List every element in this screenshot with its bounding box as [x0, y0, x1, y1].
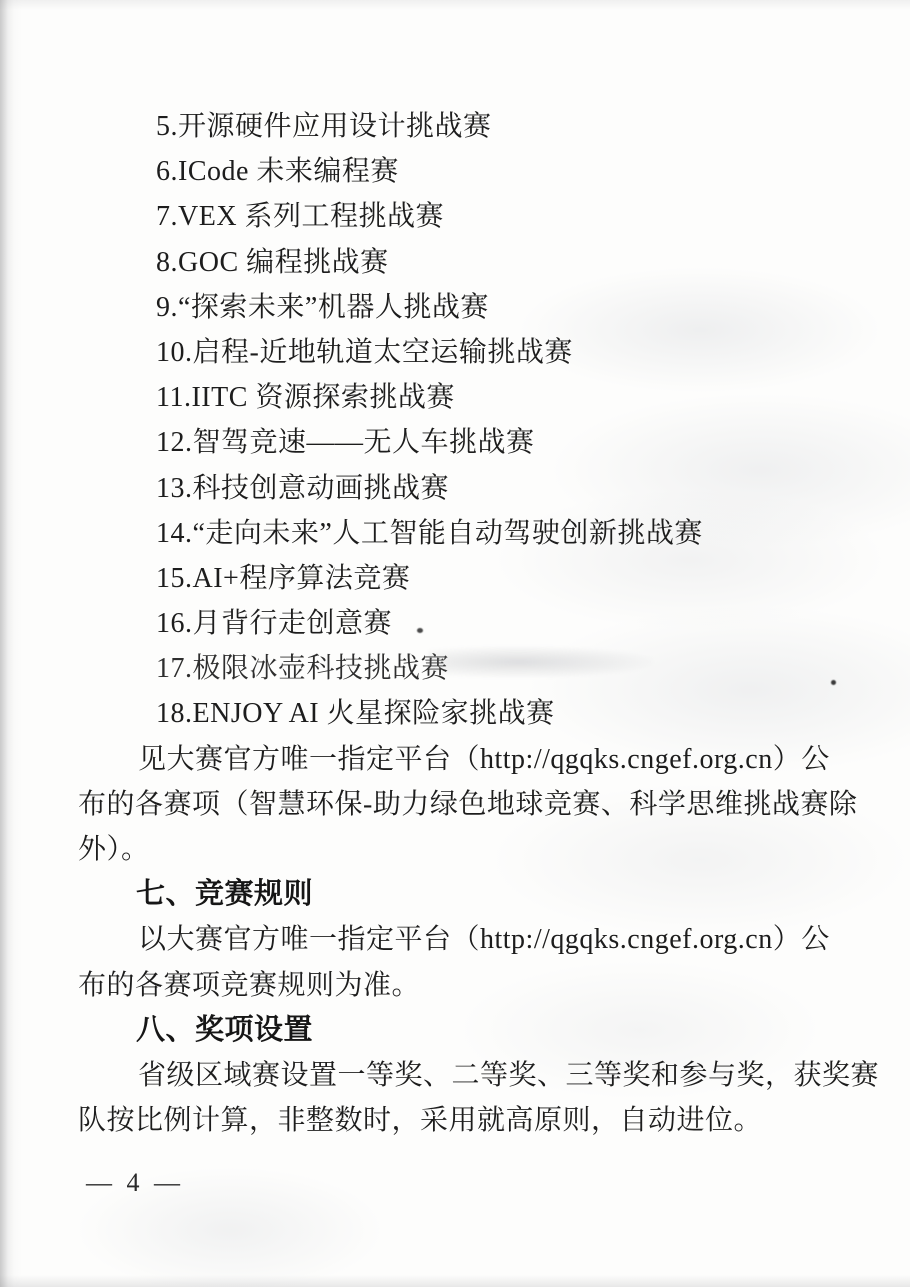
section-heading-awards: 八、奖项设置 [78, 1008, 880, 1053]
list-item: 16.月背行走创意赛 [78, 601, 880, 646]
rules-paragraph-line: 布的各赛项竞赛规则为准。 [78, 963, 880, 1008]
list-item: 13.科技创意动画挑战赛 [78, 466, 880, 511]
awards-paragraph-line: 队按比例计算，非整数时，采用就高原则，自动进位。 [78, 1098, 880, 1143]
list-item: 10.启程-近地轨道太空运输挑战赛 [78, 330, 880, 375]
platform-paragraph-line: 布的各赛项（智慧环保-助力绿色地球竞赛、科学思维挑战赛除 [78, 782, 880, 827]
platform-paragraph-line: 外）。 [78, 827, 880, 872]
awards-paragraph-line: 省级区域赛设置一等奖、二等奖、三等奖和参与奖，获奖赛 [78, 1053, 880, 1098]
list-item: 6.ICode 未来编程赛 [78, 149, 880, 194]
list-item: 17.极限冰壶科技挑战赛 [78, 646, 880, 691]
list-item: 5.开源硬件应用设计挑战赛 [78, 104, 880, 149]
list-item: 18.ENJOY AI 火星探险家挑战赛 [78, 691, 880, 736]
list-item: 7.VEX 系列工程挑战赛 [78, 194, 880, 239]
list-item: 15.AI+程序算法竞赛 [78, 556, 880, 601]
scanned-document-page: 5.开源硬件应用设计挑战赛 6.ICode 未来编程赛 7.VEX 系列工程挑战… [0, 0, 910, 1287]
list-item: 12.智驾竞速——无人车挑战赛 [78, 420, 880, 465]
list-item: 11.IITC 资源探索挑战赛 [78, 375, 880, 420]
list-item: 9.“探索未来”机器人挑战赛 [78, 285, 880, 330]
list-item: 8.GOC 编程挑战赛 [78, 240, 880, 285]
list-item: 14.“走向未来”人工智能自动驾驶创新挑战赛 [78, 511, 880, 556]
page-number: — 4 — [86, 1168, 184, 1198]
platform-paragraph-line: 见大赛官方唯一指定平台（http://qgqks.cngef.org.cn）公 [78, 737, 880, 782]
rules-paragraph-line: 以大赛官方唯一指定平台（http://qgqks.cngef.org.cn）公 [78, 917, 880, 962]
document-body: 5.开源硬件应用设计挑战赛 6.ICode 未来编程赛 7.VEX 系列工程挑战… [78, 104, 880, 1143]
section-heading-competition-rules: 七、竞赛规则 [78, 872, 880, 917]
